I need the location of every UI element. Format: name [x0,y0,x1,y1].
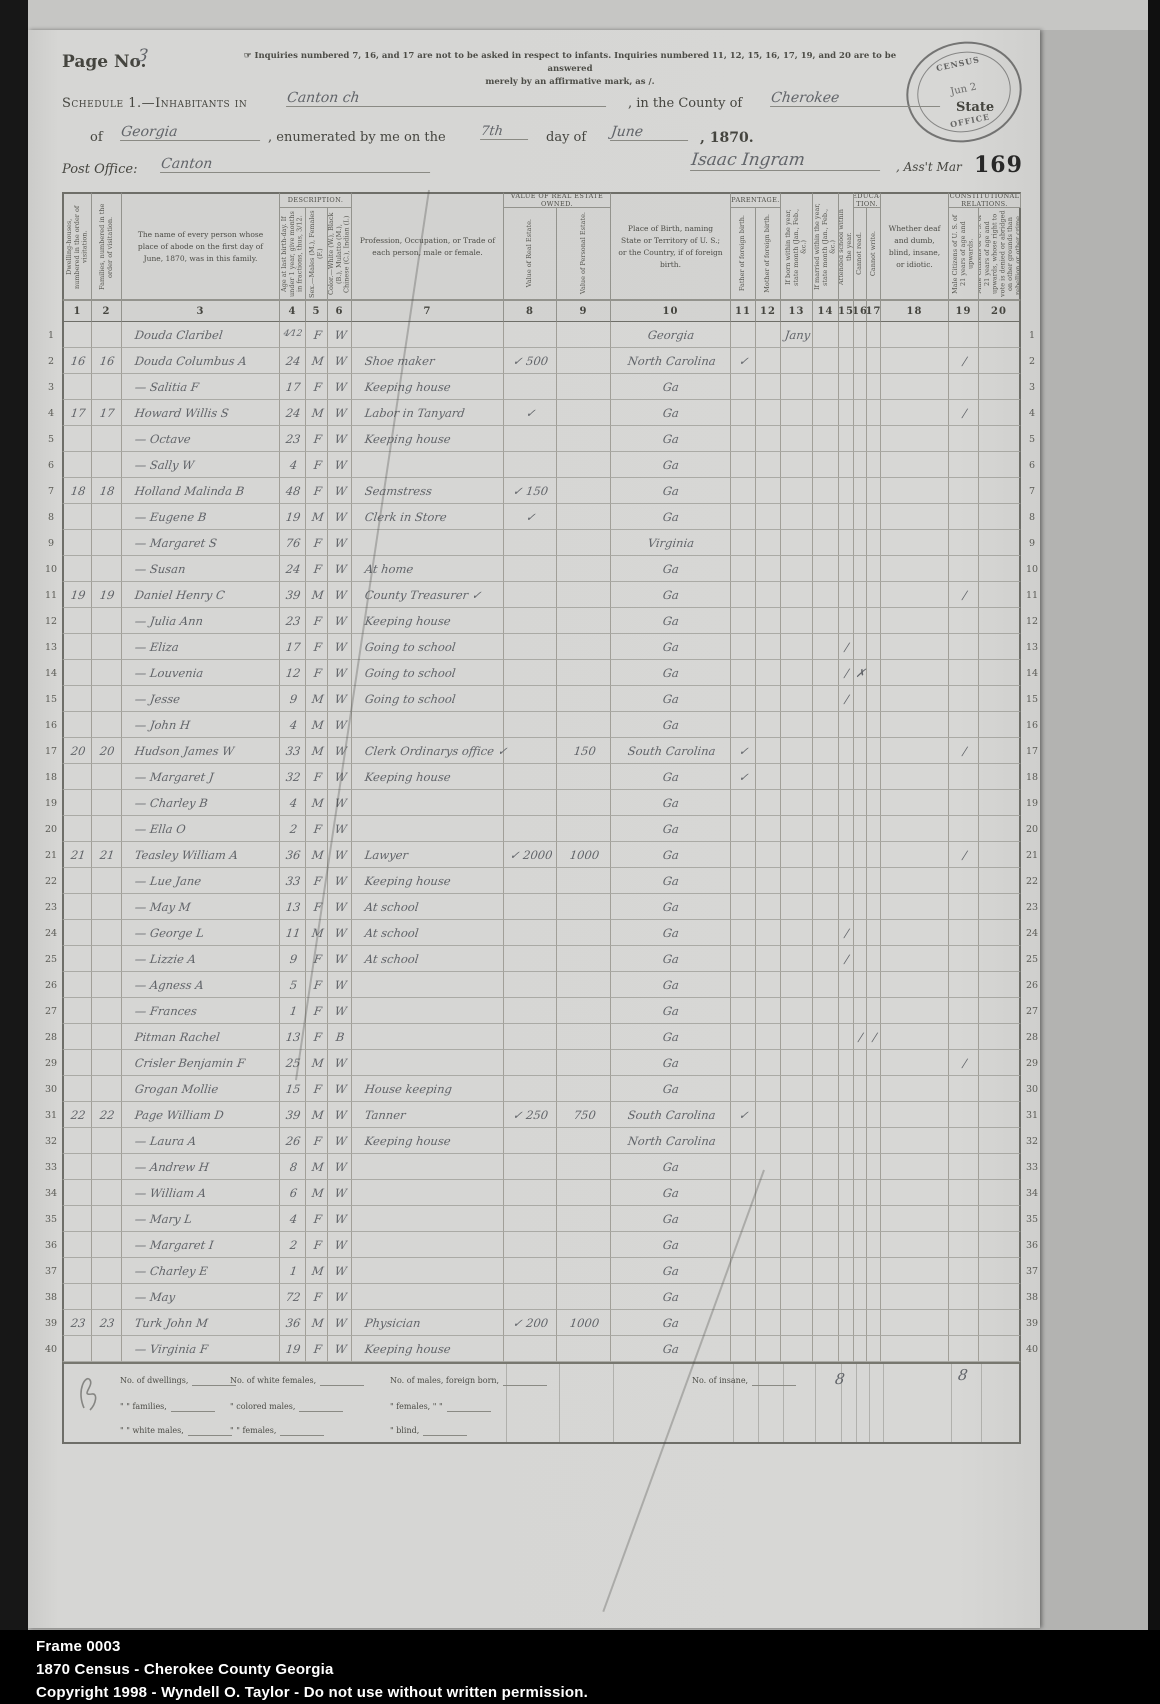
cell-sex: F [306,660,328,686]
row-number-right: 14 [1021,660,1043,686]
column-header-17: Cannot write. [867,208,881,300]
cell-born_month [781,1180,813,1206]
cell-birthplace: Ga [611,556,731,582]
cell-male_citizen_denied [979,1024,1021,1050]
cell-value: 9 [289,952,298,966]
cell-sex: M [306,712,328,738]
cell-sex: M [306,400,328,426]
cell-name: Pitman Rachel [122,1024,280,1050]
cell-cannot_write [867,400,881,426]
cell-dw [62,946,92,972]
cell-occupation [352,712,504,738]
row-number-right: 23 [1021,894,1043,920]
cell-personal_estate [557,556,611,582]
cell-value: 36 [285,1316,301,1330]
cell-deaf_dumb [881,426,949,452]
cell-value: Ga [662,718,680,732]
totals-label: No. of dwellings, [120,1376,236,1386]
column-header-11: Father of foreign birth. [731,208,756,300]
cell-occupation: Seamstress [352,478,504,504]
cell-value: 150 [573,744,597,758]
cell-fam [92,686,122,712]
cell-sex: F [306,1232,328,1258]
row-number-left: 1 [40,322,62,348]
cell-value: / [962,354,968,368]
cell-value: — Margaret S [134,536,218,550]
cell-value: 19 [285,510,301,524]
cell-mother_foreign [756,348,781,374]
cell-value: 33 [285,874,301,888]
cell-color: W [328,894,352,920]
cell-value: Keeping house [364,874,452,888]
row-number-right: 21 [1021,842,1043,868]
cell-deaf_dumb [881,556,949,582]
cell-age: 4 [280,1206,306,1232]
row-number-right: 16 [1021,712,1043,738]
cell-value: — Eugene B [134,510,207,524]
cell-cannot_write [867,972,881,998]
cell-male_citizen_denied [979,530,1021,556]
cell-value: 23 [99,1316,115,1330]
cell-deaf_dumb [881,1102,949,1128]
census-form-page: Page No. 3 ☞ Inquiries numbered 7, 16, a… [28,30,1040,1628]
cell-value: — Andrew H [134,1160,210,1174]
cell-value: F [313,614,323,628]
cell-attended_school [839,1102,854,1128]
cell-born_month [781,400,813,426]
row-number-right: 18 [1021,764,1043,790]
cell-cannot_read [854,1258,867,1284]
cell-value: Ga [662,640,680,654]
cell-male_citizen_denied [979,1180,1021,1206]
row-number-right: 24 [1021,920,1043,946]
cell-dw [62,972,92,998]
column-header-label: Value of Personal Estate. [580,212,588,294]
cell-deaf_dumb [881,764,949,790]
cell-cannot_write [867,608,881,634]
column-header-label: Value of Real Estate. [526,219,534,287]
cell-color: W [328,348,352,374]
marshal-signature: Isaac Ingram [690,150,883,171]
column-header-label: Families, numbered in the order of visit… [99,203,115,291]
cell-color: W [328,582,352,608]
row-number-left: 28 [40,1024,62,1050]
cell-deaf_dumb [881,608,949,634]
row-number-right: 32 [1021,1128,1043,1154]
row-number-left: 10 [40,556,62,582]
cell-age: 48 [280,478,306,504]
cell-personal_estate [557,660,611,686]
cell-color: W [328,1284,352,1310]
cell-married_month [813,608,839,634]
cell-married_month [813,478,839,504]
cell-birthplace: Ga [611,478,731,504]
cell-sex: F [306,764,328,790]
cell-value: Ga [662,380,680,394]
cell-fam: 16 [92,348,122,374]
column-header-20: Male Citizens of U. S. of 21 years of ag… [979,208,1021,300]
cell-name: — William A [122,1180,280,1206]
cell-occupation [352,1258,504,1284]
cell-fam [92,1232,122,1258]
cell-fam: 20 [92,738,122,764]
column-header-label: The name of every person whose place of … [122,227,279,267]
cell-name: — Charley B [122,790,280,816]
cell-personal_estate [557,322,611,348]
caption-band: Frame 0003 1870 Census - Cherokee County… [0,1630,1160,1704]
cell-fam [92,1206,122,1232]
cell-fam [92,426,122,452]
cell-sex: M [306,1310,328,1336]
cell-cannot_read [854,1102,867,1128]
cell-attended_school [839,556,854,582]
cell-mother_foreign [756,660,781,686]
cell-male_citizen_denied [979,374,1021,400]
cell-value: 18 [70,484,86,498]
caption-title: 1870 Census - Cherokee County Georgia [36,1661,334,1678]
cell-real_estate [504,1284,557,1310]
cell-value: M [311,354,325,368]
row-number-right: 30 [1021,1076,1043,1102]
scanner-background-right [1148,0,1160,1630]
cell-real_estate [504,894,557,920]
cell-deaf_dumb [881,1076,949,1102]
cell-dw [62,660,92,686]
cell-value: Shoe maker [364,354,435,368]
column-number-3: 3 [122,300,280,322]
cell-father_foreign [731,608,756,634]
cell-value: — Eliza [134,640,180,654]
cell-dw [62,608,92,634]
cell-value: 22 [70,1108,86,1122]
cell-mother_foreign [756,816,781,842]
totals-label: No. of white females, [230,1376,364,1386]
cell-value: ✓ 150 [512,484,549,498]
cell-attended_school [839,1128,854,1154]
cell-value: 36 [285,848,301,862]
cell-male_citizen [949,1232,979,1258]
post-office-value: Canton [160,156,432,173]
cell-cannot_read [854,738,867,764]
cell-value: Clerk in Store [364,510,448,524]
column-header-label: Cannot write. [870,231,878,276]
form-instructions-line1: ☞ Inquiries numbered 7, 16, and 17 are n… [244,51,896,74]
cell-sex: F [306,816,328,842]
cell-value: Howard Willis S [134,406,230,420]
county-value: Cherokee [770,90,942,107]
cell-value: 24 [285,406,301,420]
cell-value: Holland Malinda B [134,484,245,498]
cell-male_citizen [949,634,979,660]
cell-age: 23 [280,608,306,634]
column-number-11: 11 [731,300,756,322]
cell-value: — Julia Ann [134,614,204,628]
cell-cannot_read [854,1336,867,1362]
scanner-background-left [0,0,28,1630]
cell-cannot_read [854,556,867,582]
cell-born_month [781,816,813,842]
cell-age: 36 [280,842,306,868]
cell-attended_school [839,348,854,374]
row-number-left: 23 [40,894,62,920]
cell-value: Ga [662,1186,680,1200]
cell-male_citizen [949,452,979,478]
cell-occupation: Keeping house [352,1336,504,1362]
cell-personal_estate [557,1206,611,1232]
cell-fam [92,608,122,634]
cell-value: House keeping [364,1082,453,1096]
cell-value: Seamstress [364,484,433,498]
cell-married_month [813,998,839,1024]
cell-personal_estate [557,426,611,452]
cell-attended_school [839,608,854,634]
cell-father_foreign [731,504,756,530]
cell-value: ✓ 500 [512,354,549,368]
cell-male_citizen [949,1258,979,1284]
cell-cannot_write [867,322,881,348]
row-number-left: 18 [40,764,62,790]
pen-flourish [72,1370,106,1414]
cell-fam [92,816,122,842]
cell-occupation: Keeping house [352,764,504,790]
cell-born_month [781,738,813,764]
cell-value: 4 [289,796,298,810]
month-value: June [610,124,690,141]
cell-personal_estate [557,452,611,478]
cell-sex: F [306,322,328,348]
cell-name: — May [122,1284,280,1310]
cell-color: W [328,1128,352,1154]
cell-male_citizen_denied [979,712,1021,738]
cell-cannot_read [854,972,867,998]
cell-value: 39 [285,588,301,602]
row-number-left: 27 [40,998,62,1024]
cell-father_foreign [731,1310,756,1336]
cell-value: W [334,1134,348,1148]
cell-color: W [328,452,352,478]
cell-birthplace: Ga [611,1232,731,1258]
cell-male_citizen [949,322,979,348]
cell-mother_foreign [756,400,781,426]
totals-label: " colored males, [230,1402,343,1412]
row-number-left: 25 [40,946,62,972]
cell-born_month [781,1258,813,1284]
cell-fam [92,660,122,686]
cell-male_citizen [949,530,979,556]
cell-value: / [844,692,850,706]
cell-value: / [858,1030,864,1044]
cell-value: Ga [662,406,680,420]
page-no-label: Page No. [62,52,146,72]
cell-personal_estate [557,1076,611,1102]
cell-real_estate [504,1024,557,1050]
cell-value: Going to school [364,666,456,680]
cell-real_estate: ✓ 250 [504,1102,557,1128]
row-number-left: 36 [40,1232,62,1258]
cell-fam: 19 [92,582,122,608]
column-header-label: Color.—White (W.), Black (B.), Mulatto (… [328,210,351,298]
cell-male_citizen: / [949,348,979,374]
cell-occupation: At school [352,946,504,972]
cell-father_foreign [731,322,756,348]
cell-married_month [813,686,839,712]
cell-value: Ga [662,666,680,680]
cell-personal_estate [557,1336,611,1362]
cell-male_citizen [949,1206,979,1232]
cell-birthplace: South Carolina [611,1102,731,1128]
cell-cannot_write [867,1284,881,1310]
cell-born_month [781,1206,813,1232]
cell-male_citizen [949,556,979,582]
cell-married_month [813,530,839,556]
cell-value: W [334,1316,348,1330]
cell-value: 23 [70,1316,86,1330]
cell-value: — Mary L [134,1212,193,1226]
cell-dw: 19 [62,582,92,608]
cell-cannot_write [867,1050,881,1076]
cell-married_month [813,400,839,426]
cell-name: — Lizzie A [122,946,280,972]
header-gutter-right [1021,192,1043,322]
column-header-2: Families, numbered in the order of visit… [92,192,122,300]
cell-born_month [781,1232,813,1258]
row-number-right: 2 [1021,348,1043,374]
post-office-label: Post Office: [62,162,137,177]
row-number-left: 5 [40,426,62,452]
cell-value: W [334,1108,348,1122]
row-number-left: 4 [40,400,62,426]
cell-value: — John H [134,718,191,732]
cell-occupation [352,452,504,478]
cell-value: 48 [285,484,301,498]
cell-fam [92,556,122,582]
cell-value: 17 [99,406,115,420]
cell-born_month [781,452,813,478]
cell-real_estate: ✓ 200 [504,1310,557,1336]
cell-dw [62,712,92,738]
cell-name: — Margaret S [122,530,280,556]
cell-sex: F [306,1128,328,1154]
cell-age: 32 [280,764,306,790]
cell-value: 19 [285,1342,301,1356]
cell-personal_estate [557,920,611,946]
cell-birthplace: Ga [611,1024,731,1050]
cell-value: 23 [285,432,301,446]
cell-dw: 16 [62,348,92,374]
cell-value: 17 [70,406,86,420]
cell-deaf_dumb [881,1024,949,1050]
cell-name: — Susan [122,556,280,582]
cell-male_citizen_denied [979,1258,1021,1284]
cell-value: — Ella O [134,822,187,836]
cell-age: 17 [280,374,306,400]
cell-sex: F [306,998,328,1024]
cell-dw [62,1258,92,1284]
row-number-left: 24 [40,920,62,946]
row-number-left: 22 [40,868,62,894]
cell-color: W [328,1102,352,1128]
cell-occupation: At school [352,920,504,946]
cell-occupation: Going to school [352,660,504,686]
cell-value: / [872,1030,878,1044]
cell-male_citizen_denied [979,1076,1021,1102]
cell-value: W [334,952,348,966]
column-number-1: 1 [62,300,92,322]
cell-cannot_read [854,634,867,660]
cell-personal_estate [557,946,611,972]
cell-value: Ga [662,926,680,940]
cell-value: Labor in Tanyard [364,406,466,420]
cell-age: 19 [280,1336,306,1362]
row-number-right: 7 [1021,478,1043,504]
cell-father_foreign [731,400,756,426]
cell-value: W [334,900,348,914]
cell-value: W [334,458,348,472]
cell-deaf_dumb [881,660,949,686]
cell-value: M [311,848,325,862]
cell-male_citizen: / [949,842,979,868]
cell-cannot_read [854,322,867,348]
cell-father_foreign: ✓ [731,1102,756,1128]
totals-blank [447,1402,491,1412]
cell-value: F [313,1290,323,1304]
cell-dw [62,998,92,1024]
cell-married_month [813,1076,839,1102]
cell-value: Ga [662,1212,680,1226]
cell-age: 4⁄12 [280,322,306,348]
cell-occupation: At school [352,894,504,920]
cell-value: 2 [289,822,298,836]
cell-name: Douda Columbus A [122,348,280,374]
column-group-header: Educa- tion. [854,192,881,208]
cell-father_foreign [731,972,756,998]
cell-male_citizen [949,998,979,1024]
cell-sex: M [306,1258,328,1284]
cell-mother_foreign [756,1284,781,1310]
cell-birthplace: Ga [611,1206,731,1232]
cell-cannot_read [854,1128,867,1154]
cell-cannot_read [854,452,867,478]
cell-cannot_read [854,608,867,634]
cell-name: — Margaret J [122,764,280,790]
cell-male_citizen [949,764,979,790]
cell-married_month [813,374,839,400]
cell-father_foreign [731,1024,756,1050]
row-number-left: 9 [40,530,62,556]
cell-occupation [352,1154,504,1180]
cell-name: — Salitia F [122,374,280,400]
totals-gutter-left [40,1362,62,1444]
cell-sex: F [306,1024,328,1050]
cell-value: Jany [784,328,811,342]
cell-color: W [328,556,352,582]
cell-born_month [781,894,813,920]
row-number-left: 11 [40,582,62,608]
cell-value: W [334,1056,348,1070]
cell-value: North Carolina [627,1134,717,1148]
cell-cannot_read [854,348,867,374]
cell-cannot_read [854,1284,867,1310]
cell-value: 76 [285,536,301,550]
cell-father_foreign: ✓ [731,348,756,374]
cell-male_citizen_denied [979,1284,1021,1310]
totals-blank [503,1376,547,1386]
cell-personal_estate [557,790,611,816]
cell-value: W [334,406,348,420]
cell-male_citizen_denied [979,920,1021,946]
cell-age: 33 [280,868,306,894]
cell-fam [92,764,122,790]
